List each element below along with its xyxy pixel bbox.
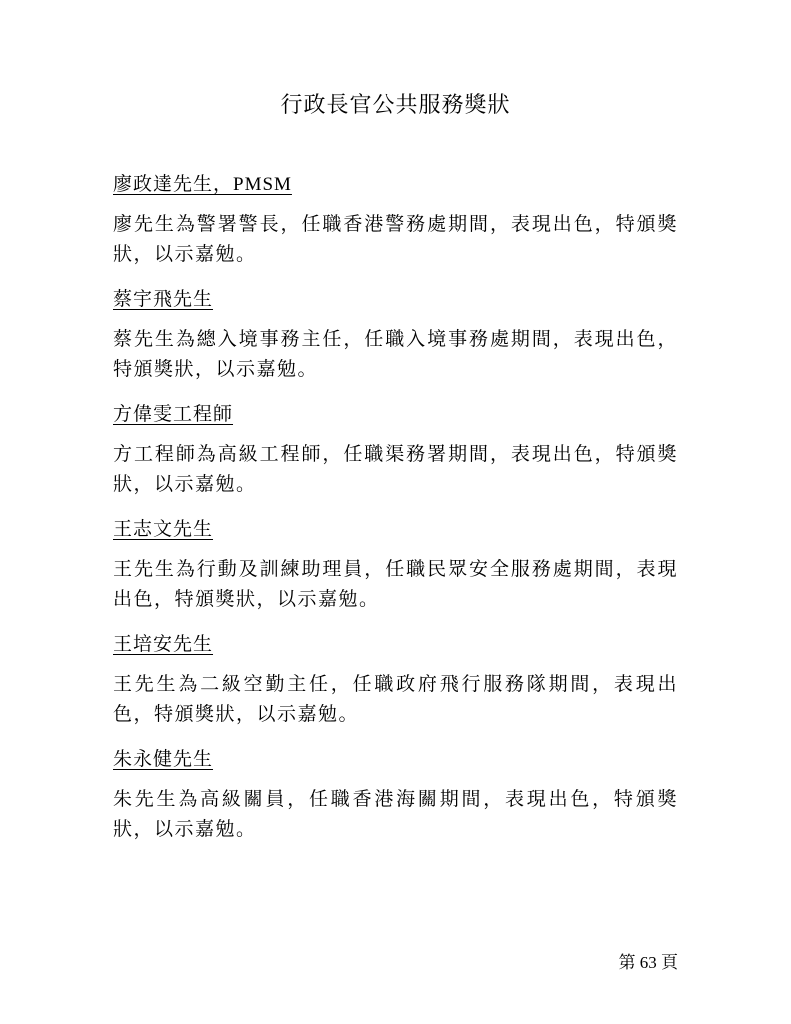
award-section: 廖政達先生，PMSM 廖先生為警署警長，任職香港警務處期間，表現出色，特頒獎狀，…	[113, 170, 678, 270]
recipient-name-heading: 王志文先生	[113, 515, 678, 545]
citation-paragraph: 王先生為行動及訓練助理員，任職民眾安全服務處期間，表現出色，特頒獎狀，以示嘉勉。	[113, 555, 678, 615]
award-section: 蔡宇飛先生 蔡先生為總入境事務主任，任職入境事務處期間，表現出色，特頒獎狀，以示…	[113, 285, 678, 385]
document-page: 行政長官公共服務獎狀 廖政達先生，PMSM 廖先生為警署警長，任職香港警務處期間…	[0, 0, 791, 1024]
award-section: 朱永健先生 朱先生為高級關員，任職香港海關期間，表現出色，特頒獎狀，以示嘉勉。	[113, 745, 678, 845]
recipient-name-heading: 廖政達先生，PMSM	[113, 170, 678, 200]
recipient-name-heading: 蔡宇飛先生	[113, 285, 678, 315]
recipient-name-heading: 朱永健先生	[113, 745, 678, 775]
citation-paragraph: 王先生為二級空勤主任，任職政府飛行服務隊期間，表現出色，特頒獎狀，以示嘉勉。	[113, 670, 678, 730]
citation-paragraph: 廖先生為警署警長，任職香港警務處期間，表現出色，特頒獎狀，以示嘉勉。	[113, 210, 678, 270]
page-title: 行政長官公共服務獎狀	[113, 88, 678, 122]
recipient-name-heading: 王培安先生	[113, 630, 678, 660]
award-section: 王志文先生 王先生為行動及訓練助理員，任職民眾安全服務處期間，表現出色，特頒獎狀…	[113, 515, 678, 615]
citation-paragraph: 方工程師為高級工程師，任職渠務署期間，表現出色，特頒獎狀，以示嘉勉。	[113, 440, 678, 500]
citation-paragraph: 朱先生為高級關員，任職香港海關期間，表現出色，特頒獎狀，以示嘉勉。	[113, 785, 678, 845]
recipient-name-heading: 方偉雯工程師	[113, 400, 678, 430]
award-section: 方偉雯工程師 方工程師為高級工程師，任職渠務署期間，表現出色，特頒獎狀，以示嘉勉…	[113, 400, 678, 500]
citation-paragraph: 蔡先生為總入境事務主任，任職入境事務處期間，表現出色，特頒獎狀，以示嘉勉。	[113, 325, 678, 385]
page-number: 第 63 頁	[619, 951, 679, 975]
award-section: 王培安先生 王先生為二級空勤主任，任職政府飛行服務隊期間，表現出色，特頒獎狀，以…	[113, 630, 678, 730]
document-content: 行政長官公共服務獎狀 廖政達先生，PMSM 廖先生為警署警長，任職香港警務處期間…	[0, 0, 791, 845]
